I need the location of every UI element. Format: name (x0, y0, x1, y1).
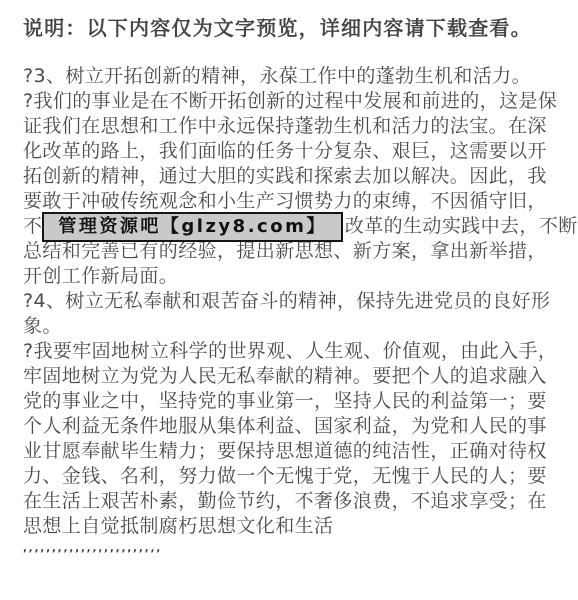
document-preview-page: 说明：以下内容仅为文字预览，详细内容请下载查看。 ?3、树立开拓创新的精神，永葆… (0, 0, 578, 600)
text-before-watermark: 不 (23, 215, 42, 237)
document-text-line: 个人利益无条件地服从集体利益、国家利益，为党和人民的事 (23, 414, 560, 439)
document-text-line: ?3、树立开拓创新的精神，永葆工作中的蓬勃生机和活力。 (23, 64, 560, 89)
document-text-line: ?4、树立无私奉献和艰苦奋斗的精神，保持先进党员的良好形 (23, 289, 560, 314)
preview-notice: 说明：以下内容仅为文字预览，详细内容请下载查看。 (23, 16, 560, 40)
document-text-line: 化改革的路上，我们面临的任务十分复杂、艰巨，这需要以开 (23, 139, 560, 164)
document-text-line: ?我要牢固地树立科学的世界观、人生观、价值观，由此入手， (23, 339, 560, 364)
document-text-line: 牢固地树立为党为人民无私奉献的精神。要把个人的追求融入 (23, 364, 560, 389)
document-text-line: 拓创新的精神，通过大胆的实践和探索去加以解决。因此，我 (23, 164, 560, 189)
text-block-before-watermark: ?3、树立开拓创新的精神，永葆工作中的蓬勃生机和活力。?我们的事业是在不断开拓创… (23, 64, 560, 214)
document-text-line: 证我们在思想和工作中永远保持蓬勃生机和活力的法宝。在深 (23, 114, 560, 139)
document-text-line: 开创工作新局面。 (23, 264, 560, 289)
document-text-line: 党的事业之中，坚持党的事业第一，坚持人民的利益第一；要 (23, 389, 560, 414)
document-text-line-with-watermark: 不管理资源吧【glzy8.com】改革的生动实践中去，不断 (23, 214, 560, 239)
document-text-line: 要敢于冲破传统观念和小生产习惯势力的束缚，不因循守旧， (23, 189, 560, 214)
document-body: ?3、树立开拓创新的精神，永葆工作中的蓬勃生机和活力。?我们的事业是在不断开拓创… (23, 64, 560, 556)
document-text-line: 象。 (23, 314, 560, 339)
truncation-ellipsis: ,,,,,,,,,,,,,,,,,,,,,,,, (23, 542, 560, 556)
document-text-line: 力、金钱、名利，努力做一个无愧于党，无愧于人民的人；要 (23, 464, 560, 489)
watermark-badge: 管理资源吧【glzy8.com】 (42, 212, 342, 242)
text-block-after-watermark: 总结和完善已有的经验，提出新思想、新方案，拿出新举措，开创工作新局面。?4、树立… (23, 239, 560, 539)
document-text-line: 总结和完善已有的经验，提出新思想、新方案，拿出新举措， (23, 239, 560, 264)
text-after-watermark: 改革的生动实践中去，不断 (345, 215, 578, 237)
document-text-line: ?我们的事业是在不断开拓创新的过程中发展和前进的，这是保 (23, 89, 560, 114)
document-text-line: 业甘愿奉献毕生精力；要保持思想道德的纯洁性，正确对待权 (23, 439, 560, 464)
document-text-line: 思想上自觉抵制腐朽思想文化和生活 (23, 514, 560, 539)
document-text-line: 在生活上艰苦朴素，勤俭节约，不奢侈浪费，不追求享受；在 (23, 489, 560, 514)
